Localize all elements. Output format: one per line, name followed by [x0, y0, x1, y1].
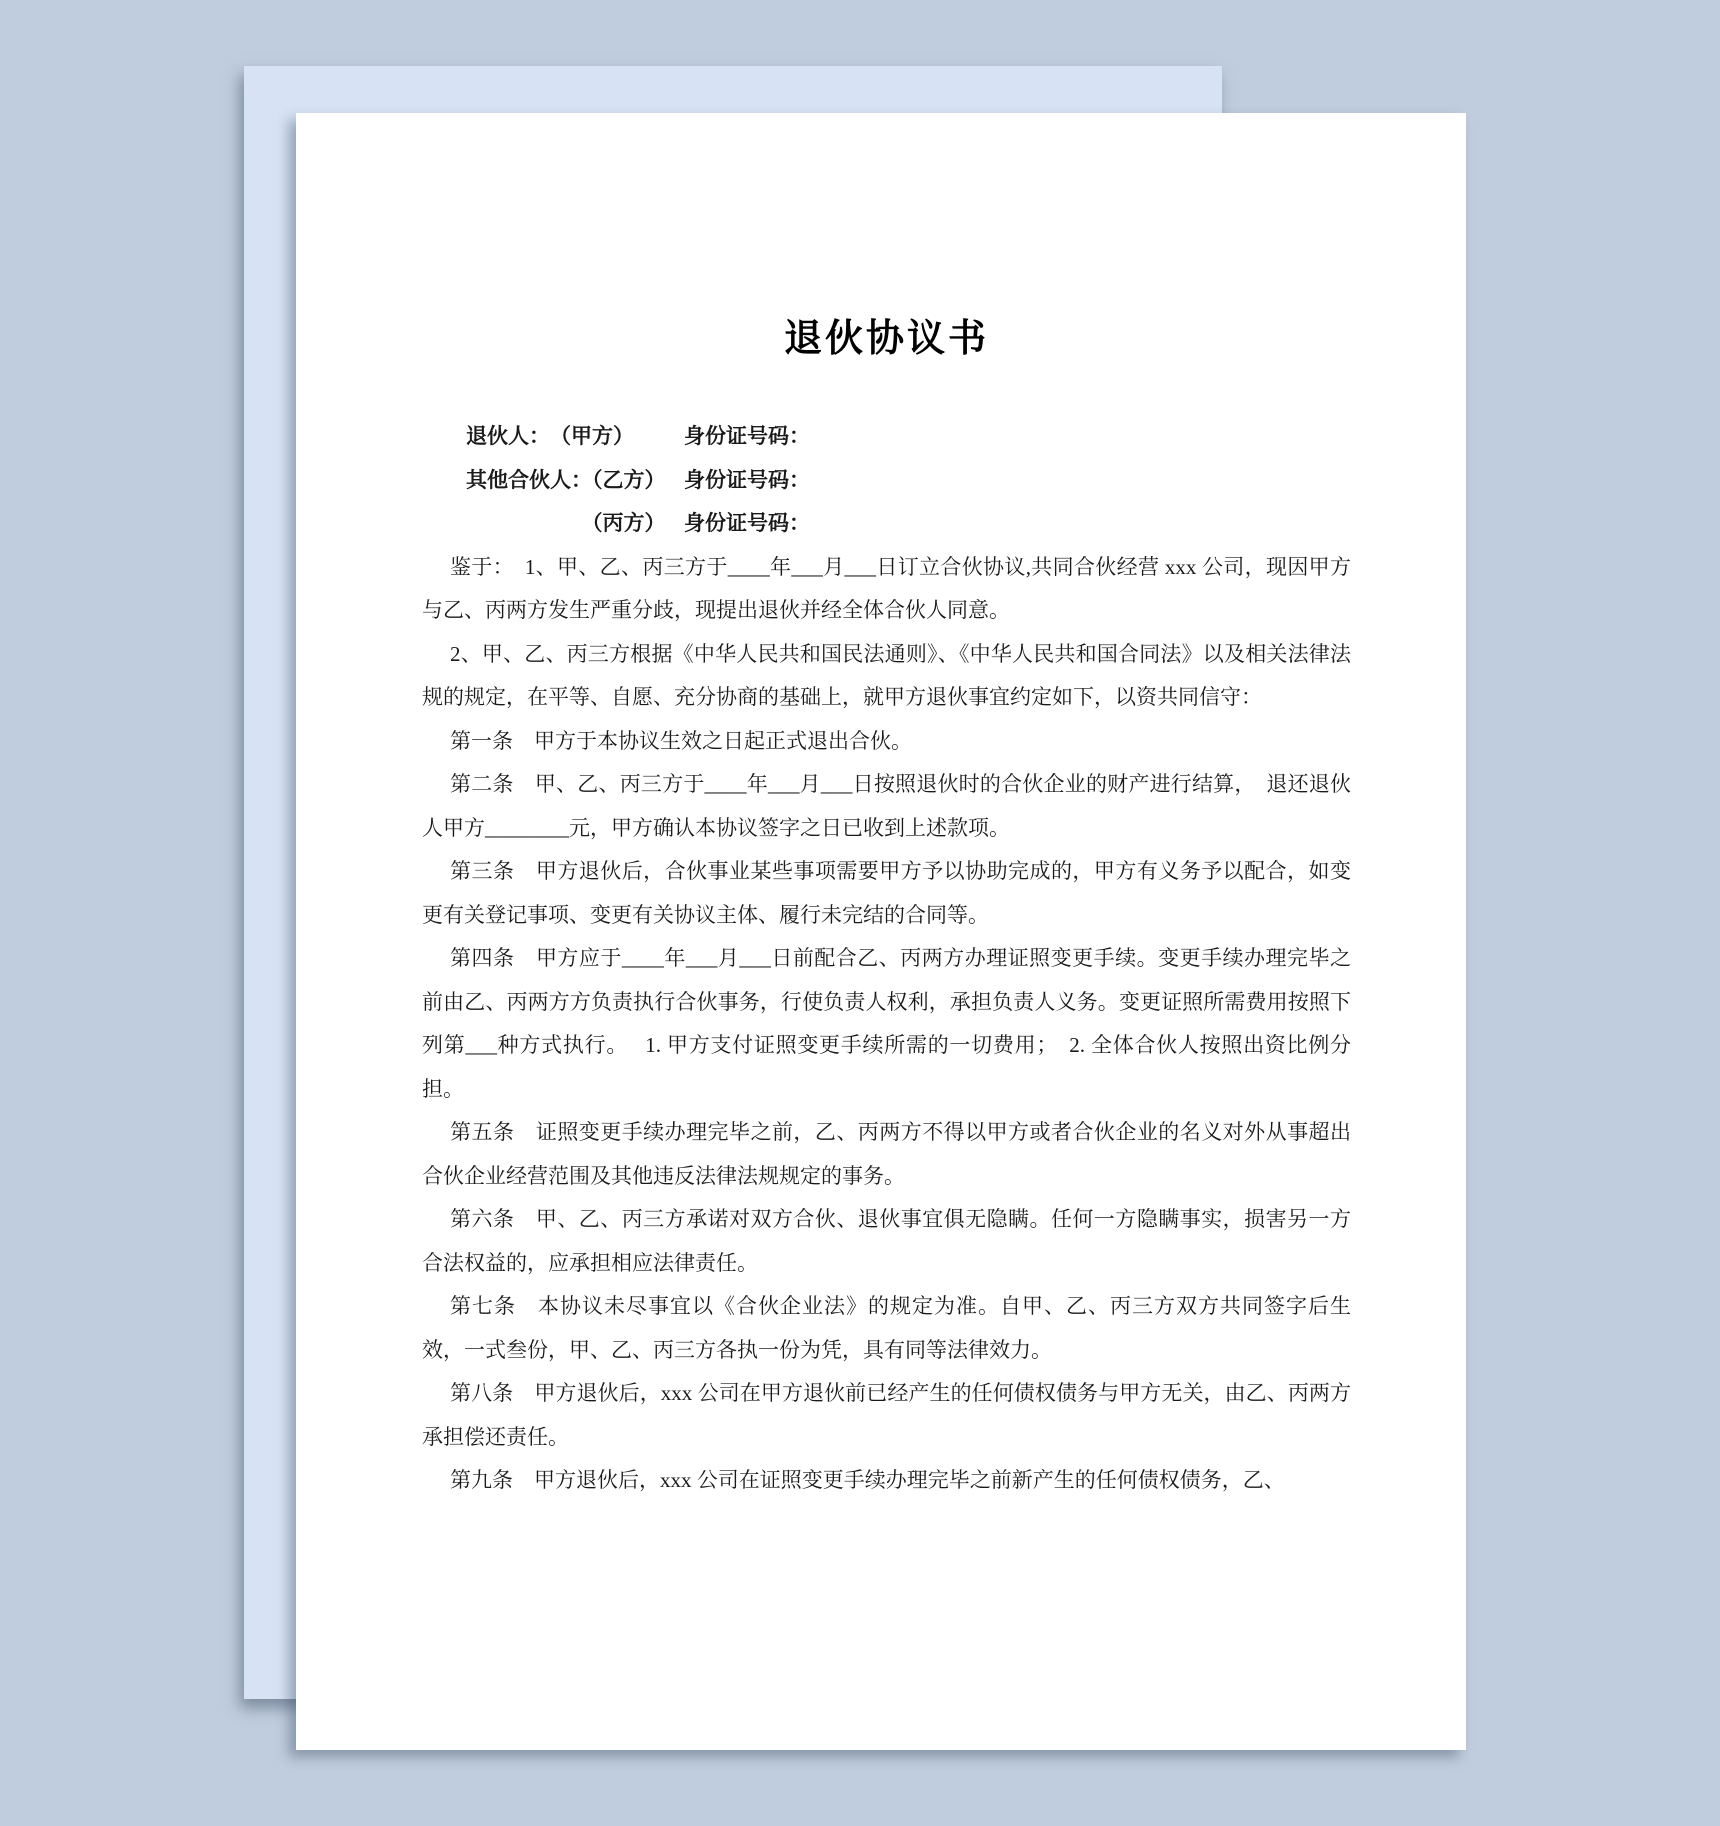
paragraph-article-9: 第九条 甲方退伙后，xxx 公司在证照变更手续办理完毕之前新产生的任何债权债务，…: [422, 1459, 1351, 1503]
paragraph-preamble-2: 2、甲、乙、丙三方根据《中华人民共和国民法通则》、《中华人民共和国合同法》以及相…: [422, 633, 1351, 720]
paragraph-article-5: 第五条 证照变更手续办理完毕之前，乙、丙两方不得以甲方或者合伙企业的名义对外从事…: [422, 1111, 1351, 1198]
document-page: 退伙协议书 退伙人： （甲方） 身份证号码： 其他合伙人：（乙方） 身份证号码：…: [296, 113, 1466, 1750]
paragraph-article-7: 第七条 本协议未尽事宜以《合伙企业法》的规定为准。自甲、乙、丙三方双方共同签字后…: [422, 1285, 1351, 1372]
party-label: 其他合伙人：（乙方）: [466, 459, 684, 503]
party-id-label: 身份证号码：: [684, 415, 810, 459]
desktop-background: { "colors": { "background": "#c0cdde", "…: [0, 0, 1720, 1826]
party-row-yifang: 其他合伙人：（乙方） 身份证号码：: [466, 459, 1351, 503]
paragraph-article-4: 第四条 甲方应于____年___月___日前配合乙、丙两方办理证照变更手续。变更…: [422, 937, 1351, 1111]
party-row-jiafang: 退伙人： （甲方） 身份证号码：: [466, 415, 1351, 459]
party-label: 退伙人： （甲方）: [466, 415, 684, 459]
paragraph-article-8: 第八条 甲方退伙后，xxx 公司在甲方退伙前已经产生的任何债权债务与甲方无关，由…: [422, 1372, 1351, 1459]
party-id-label: 身份证号码：: [684, 459, 810, 503]
party-label: （丙方）: [466, 502, 684, 546]
document-title: 退伙协议书: [422, 313, 1351, 365]
paragraph-article-6: 第六条 甲、乙、丙三方承诺对双方合伙、退伙事宜俱无隐瞒。任何一方隐瞒事实，损害另…: [422, 1198, 1351, 1285]
party-id-label: 身份证号码：: [684, 502, 810, 546]
document-body: 鉴于： 1、甲、乙、丙三方于____年___月___日订立合伙协议,共同合伙经营…: [422, 546, 1351, 1503]
paragraph-article-1: 第一条 甲方于本协议生效之日起正式退出合伙。: [422, 720, 1351, 764]
paragraph-preamble-1: 鉴于： 1、甲、乙、丙三方于____年___月___日订立合伙协议,共同合伙经营…: [422, 546, 1351, 633]
party-row-bingfang: （丙方） 身份证号码：: [466, 502, 1351, 546]
paragraph-article-3: 第三条 甲方退伙后，合伙事业某些事项需要甲方予以协助完成的，甲方有义务予以配合，…: [422, 850, 1351, 937]
parties-block: 退伙人： （甲方） 身份证号码： 其他合伙人：（乙方） 身份证号码： （丙方） …: [466, 415, 1351, 546]
paragraph-article-2: 第二条 甲、乙、丙三方于____年___月___日按照退伙时的合伙企业的财产进行…: [422, 763, 1351, 850]
